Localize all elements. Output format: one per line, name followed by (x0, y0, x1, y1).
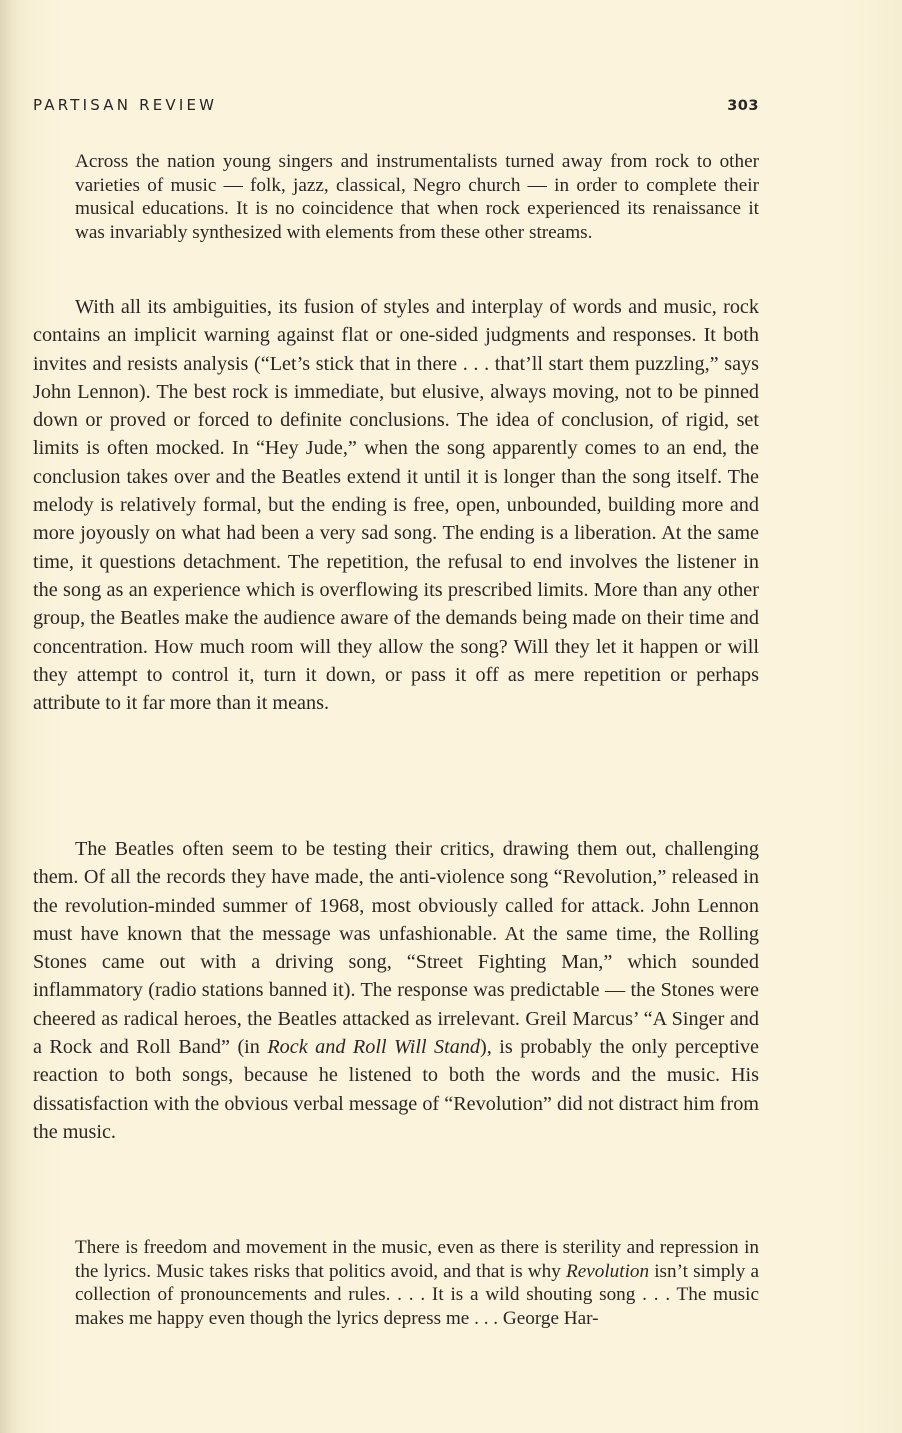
book-page: PARTISAN REVIEW 303 Across the nation yo… (0, 0, 902, 1433)
paragraph-2-text-a: The Beatles often seem to be testing the… (33, 838, 759, 1058)
journal-title: PARTISAN REVIEW (33, 96, 217, 114)
block-quote-2-text: There is freedom and movement in the mus… (75, 1236, 759, 1330)
block-quote-2: There is freedom and movement in the mus… (75, 1236, 759, 1330)
book-title-italic: Rock and Roll Will Stand (267, 1036, 480, 1058)
block-quote-1: Across the nation young singers and inst… (75, 150, 759, 244)
paragraph-1: With all its ambiguities, its fusion of … (33, 293, 759, 717)
paragraph-2-text: The Beatles often seem to be testing the… (33, 835, 759, 1146)
paragraph-2: The Beatles often seem to be testing the… (33, 835, 759, 1146)
page-number: 303 (727, 98, 759, 114)
paragraph-1-text: With all its ambiguities, its fusion of … (33, 293, 759, 717)
running-head: PARTISAN REVIEW 303 (33, 96, 759, 116)
block-quote-1-text: Across the nation young singers and inst… (75, 150, 759, 244)
song-title-italic: Revolution (566, 1261, 649, 1282)
